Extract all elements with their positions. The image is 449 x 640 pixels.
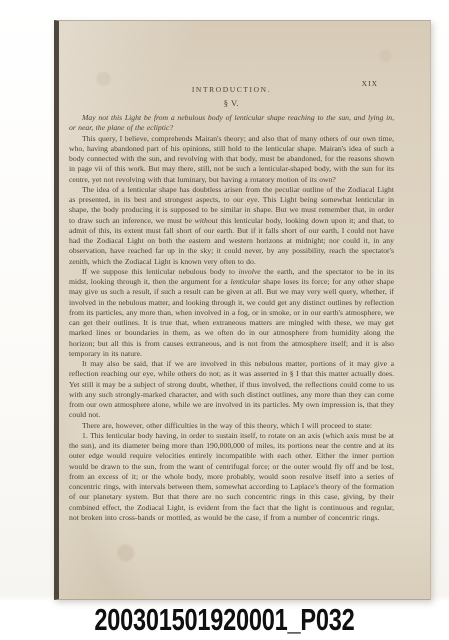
body-paragraph: 1. This lenticular body having, in order… xyxy=(69,431,394,523)
section-heading: § V. xyxy=(69,98,394,108)
body-paragraph: There are, however, other difficulties i… xyxy=(69,421,394,431)
scan-background: INTRODUCTION. XIX § V. May not this Ligh… xyxy=(0,0,449,640)
body-paragraph: It may also be said, that if we are invo… xyxy=(69,359,394,421)
running-head: INTRODUCTION. xyxy=(192,85,271,94)
query-paragraph: May not this Light be from a nebulous bo… xyxy=(69,113,394,134)
running-head-row: INTRODUCTION. XIX xyxy=(69,79,394,91)
type-area: INTRODUCTION. XIX § V. May not this Ligh… xyxy=(69,79,394,523)
body-paragraph: If we suppose this lenticular nebulous b… xyxy=(69,267,394,359)
body-paragraph: The idea of a lenticular shape has doubt… xyxy=(69,185,394,267)
body-paragraph: This query, I believe, comprehends Maira… xyxy=(69,134,394,185)
page-number: XIX xyxy=(362,79,378,88)
footer-id-label: 200301501920001_P032 xyxy=(54,602,395,638)
book-page: INTRODUCTION. XIX § V. May not this Ligh… xyxy=(54,20,431,600)
